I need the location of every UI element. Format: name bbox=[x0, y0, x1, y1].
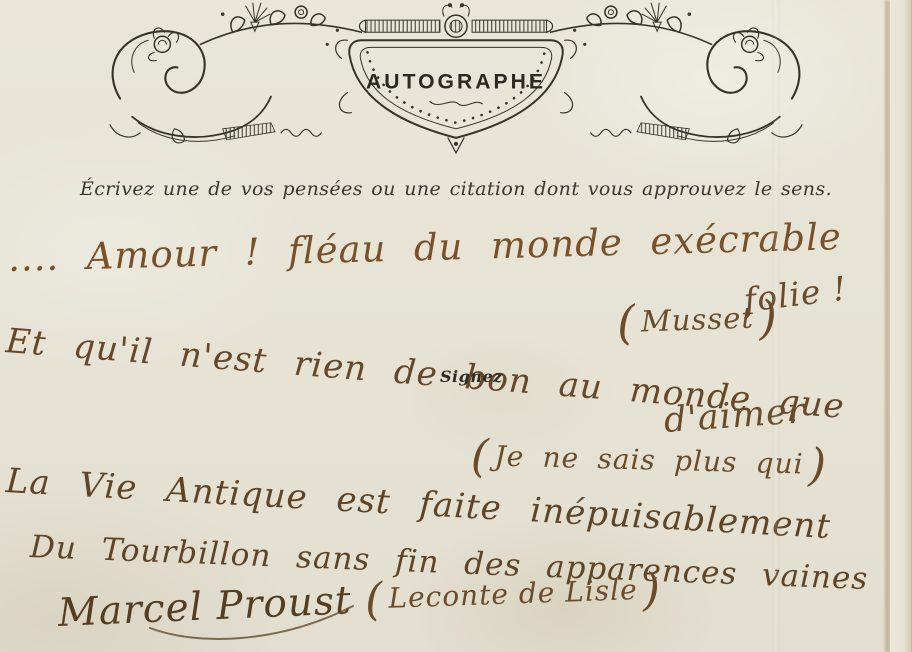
paren-open: ( bbox=[465, 429, 495, 483]
attribution-musset: (Musset) bbox=[611, 294, 784, 346]
paren-close: ) bbox=[753, 290, 784, 345]
page-edge bbox=[890, 0, 912, 652]
attribution-leconte-de-lisle: (Leconte de Lisle) bbox=[359, 567, 667, 622]
album-page: AUTOGRAPHE Écrivez une de vos pensées ou… bbox=[0, 0, 912, 652]
attribution-je-ne-sais-plus-qui: (Je ne sais plus qui) bbox=[465, 434, 832, 488]
attribution-unknown-name: Je ne sais plus qui bbox=[494, 439, 804, 480]
printed-signez-label: Signez bbox=[440, 367, 503, 386]
cartouche: AUTOGRAPHE bbox=[349, 3, 563, 153]
paren-open: ( bbox=[359, 572, 389, 626]
attribution-leconte-name: Leconte de Lisle bbox=[388, 573, 638, 615]
printed-prompt: Écrivez une de vos pensées ou une citati… bbox=[0, 178, 912, 200]
paren-open: ( bbox=[611, 295, 642, 350]
attribution-musset-name: Musset bbox=[640, 301, 754, 339]
paren-close: ) bbox=[637, 562, 667, 616]
paren-close: ) bbox=[803, 438, 833, 492]
autographe-banner-label: AUTOGRAPHE bbox=[366, 71, 546, 94]
signature-flourish bbox=[148, 598, 363, 652]
handwritten-line-daimer: d'aimer bbox=[663, 394, 807, 439]
handwritten-line-amour: .... Amour ! fléau du monde exécrable bbox=[8, 218, 843, 277]
floral-engraving-header: AUTOGRAPHE bbox=[104, 0, 808, 156]
